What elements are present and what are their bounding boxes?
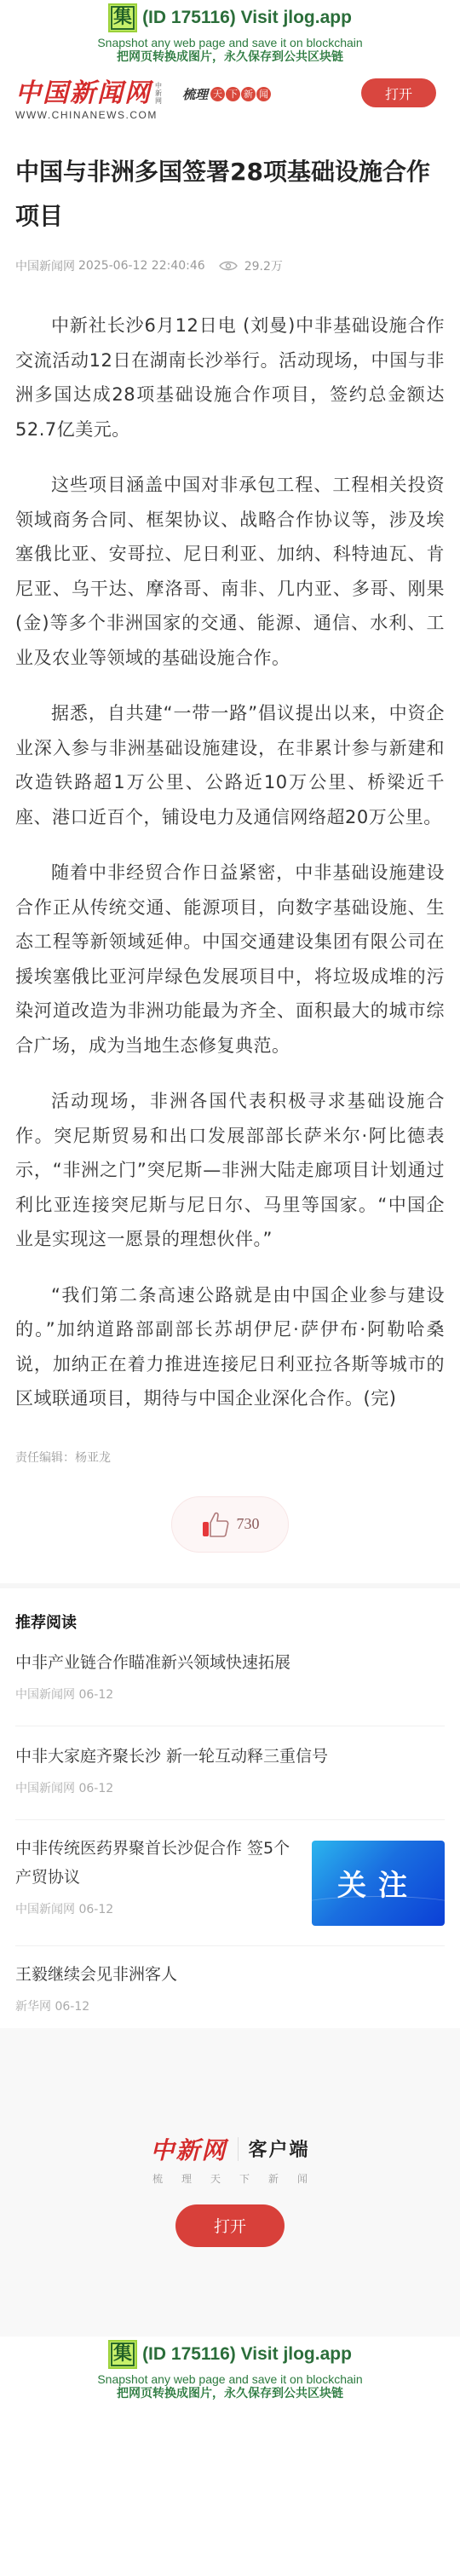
list-item-thumbnail[interactable]: 关注	[312, 1841, 445, 1926]
eye-icon	[219, 260, 238, 272]
list-item-source: 新华网 06-12	[15, 1997, 445, 2014]
list-item[interactable]: 中非大家庭齐聚长沙 新一轮互动释三重信号 中国新闻网 06-12	[15, 1726, 445, 1820]
paragraph: 据悉，自共建“一带一路”倡议提出以来，中资企业深入参与非洲基础设施建设，在非累计…	[15, 696, 445, 834]
logo-side-text: 中新网	[155, 82, 164, 105]
view-count: 29.2万	[244, 257, 283, 274]
article-datetime: 2025-06-12 22:40:46	[78, 259, 205, 273]
recommended-section: 推荐阅读 中非产业链合作瞄准新兴领域快速拓展 中国新闻网 06-12 中非大家庭…	[0, 1611, 460, 2028]
open-app-button[interactable]: 打开	[361, 78, 436, 107]
app-promo-footer: 中新网 客户端 梳理天下新闻 打开	[0, 2028, 460, 2337]
section-divider	[0, 1583, 460, 1588]
like-count: 730	[237, 1515, 260, 1533]
article-meta: 中国新闻网 2025-06-12 22:40:46 29.2万	[15, 256, 445, 276]
paragraph: “我们第二条高速公路就是由中国企业参与建设的。”加纳道路部副部长苏胡伊尼·萨伊布…	[15, 1278, 445, 1416]
snapshot-title[interactable]: (ID 175116) Visit jlog.app	[142, 8, 352, 28]
list-item-source: 中国新闻网 06-12	[15, 1900, 291, 1917]
list-item[interactable]: 王毅继续会见非洲客人 新华网 06-12	[15, 1946, 445, 2028]
snapshot-subtitle-en: Snapshot any web page and save it on blo…	[0, 2372, 460, 2386]
thumbs-up-icon	[201, 1511, 230, 1538]
paragraph: 中新社长沙6月12日电 (刘曼)中非基础设施合作交流活动12日在湖南长沙举行。活…	[15, 308, 445, 447]
recommended-heading: 推荐阅读	[15, 1611, 445, 1636]
footer-slogan: 梳理天下新闻	[152, 2171, 326, 2186]
snapshot-subtitle-en: Snapshot any web page and save it on blo…	[0, 36, 460, 49]
list-item-headline[interactable]: 王毅继续会见非洲客人	[15, 1960, 445, 1989]
logo-text: 中国新闻网	[15, 79, 152, 108]
list-item-headline[interactable]: 中非传统医药界聚首长沙促合作 签5个产贸协议	[15, 1834, 291, 1892]
paragraph: 随着中非经贸合作日益紧密，中非基础设施建设合作正从传统交通、能源项目，向数字基础…	[15, 856, 445, 1063]
logo-url: WWW.CHINANEWS.COM	[15, 109, 164, 121]
paragraph: 这些项目涵盖中国对非承包工程、工程相关投资领域商务合同、框架协议、战略合作协议等…	[15, 468, 445, 675]
list-item[interactable]: 中非产业链合作瞄准新兴领域快速拓展 中国新闻网 06-12	[15, 1636, 445, 1726]
article: 中国与非洲多国签署28项基础设施合作项目 中国新闻网 2025-06-12 22…	[0, 150, 460, 1553]
paragraph: 活动现场，非洲各国代表积极寻求基础设施合作。突尼斯贸易和出口发展部部长萨米尔·阿…	[15, 1084, 445, 1257]
article-title: 中国与非洲多国签署28项基础设施合作项目	[15, 150, 445, 239]
jlog-badge-icon: 集	[108, 2340, 137, 2369]
article-source: 中国新闻网	[15, 257, 75, 274]
snapshot-title[interactable]: (ID 175116) Visit jlog.app	[142, 2344, 352, 2365]
footer-logo-separator	[238, 2137, 239, 2161]
footer-logo: 中新网	[150, 2132, 227, 2166]
header-slogan: 梳理 天 下 新 闻	[182, 85, 271, 103]
responsible-editor: 责任编辑：杨亚龙	[15, 1449, 445, 1466]
like-button[interactable]: 730	[171, 1496, 289, 1553]
chinanews-logo[interactable]: 中国新闻网 中新网 WWW.CHINANEWS.COM	[15, 79, 164, 121]
footer-client-label: 客户端	[249, 2135, 310, 2162]
snapshot-banner-bottom: 集 (ID 175116) Visit jlog.app Snapshot an…	[0, 2337, 460, 2406]
snapshot-subtitle-cn: 把网页转换成图片，永久保存到公共区块链	[0, 49, 460, 65]
jlog-badge-icon: 集	[108, 3, 137, 32]
snapshot-subtitle-cn: 把网页转换成图片，永久保存到公共区块链	[0, 2386, 460, 2401]
list-item-headline[interactable]: 中非大家庭齐聚长沙 新一轮互动释三重信号	[15, 1742, 445, 1771]
list-item-source: 中国新闻网 06-12	[15, 1779, 445, 1796]
open-app-button-footer[interactable]: 打开	[175, 2204, 285, 2247]
list-item-headline[interactable]: 中非产业链合作瞄准新兴领域快速拓展	[15, 1648, 445, 1677]
list-item[interactable]: 中非传统医药界聚首长沙促合作 签5个产贸协议 中国新闻网 06-12 关注	[15, 1820, 445, 1946]
site-header: 中国新闻网 中新网 WWW.CHINANEWS.COM 梳理 天 下 新 闻 打…	[0, 70, 460, 130]
article-body: 中新社长沙6月12日电 (刘曼)中非基础设施合作交流活动12日在湖南长沙举行。活…	[15, 308, 445, 1416]
list-item-source: 中国新闻网 06-12	[15, 1686, 445, 1703]
snapshot-banner-top: 集 (ID 175116) Visit jlog.app Snapshot an…	[0, 0, 460, 70]
